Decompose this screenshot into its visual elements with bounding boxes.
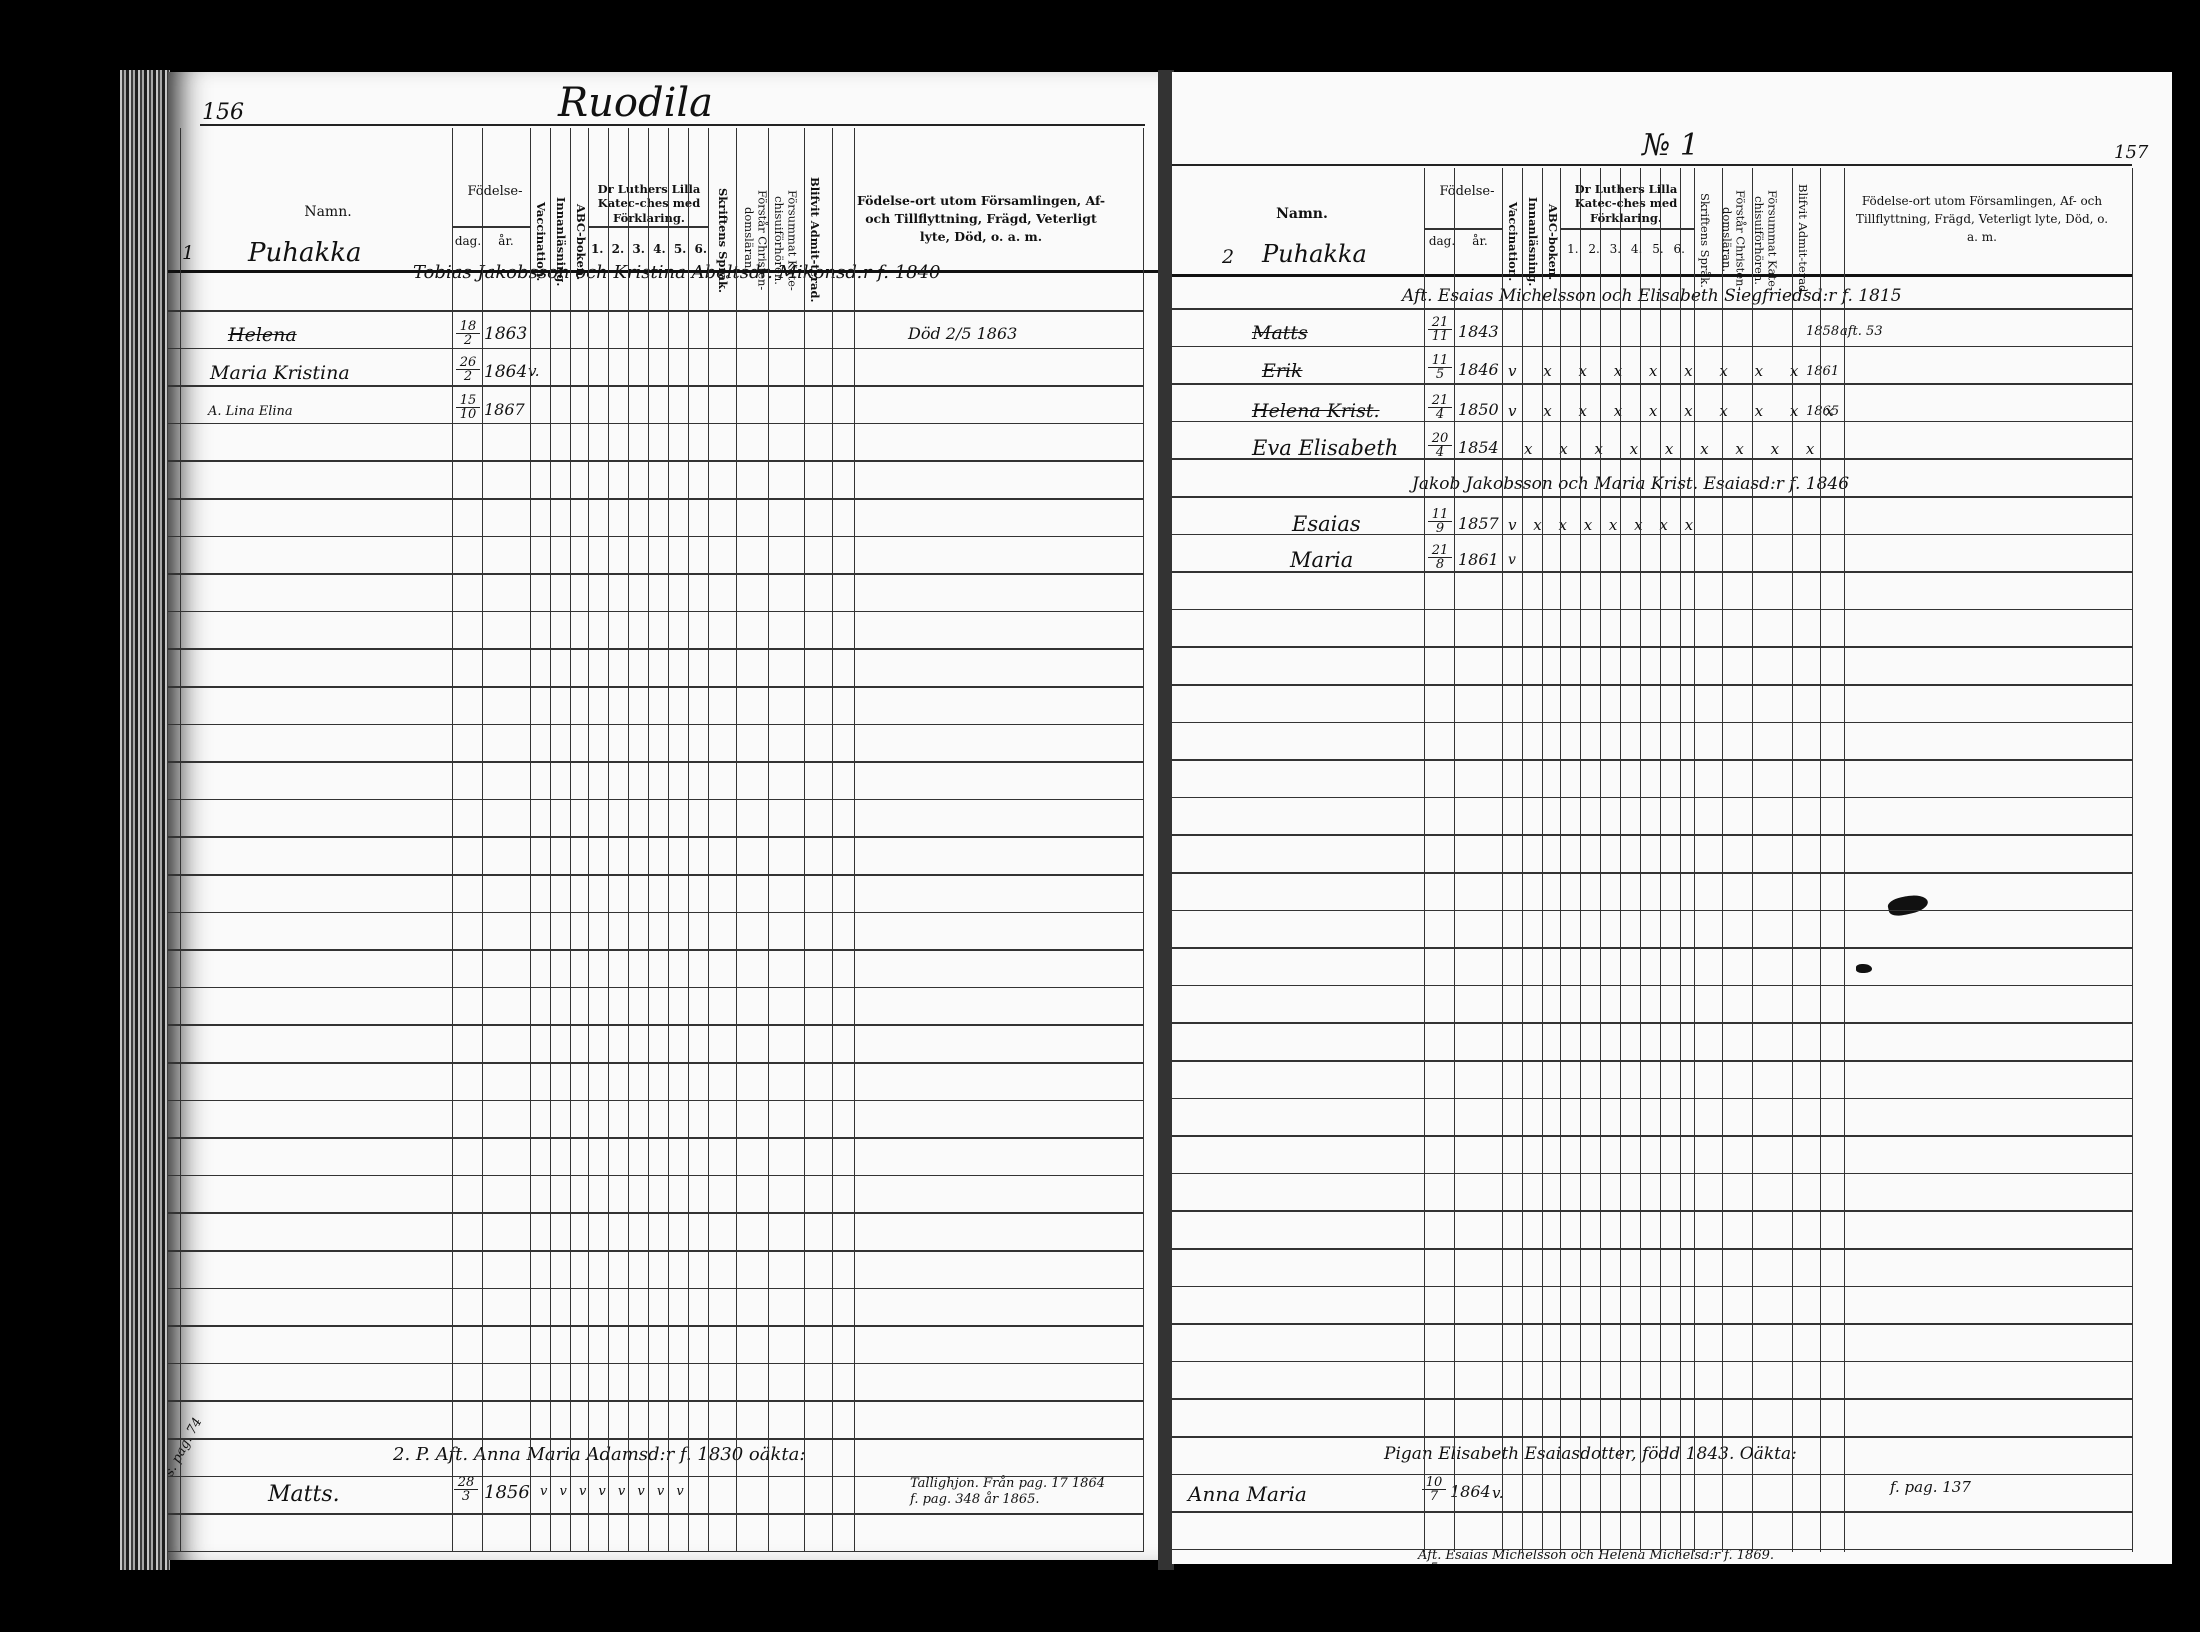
row-rule: [1172, 872, 2132, 874]
marks: v x x x x x x x x x: [1508, 402, 1845, 420]
birth-year: 1850: [1458, 400, 1499, 419]
row-rule: [1172, 1436, 2132, 1438]
column-rule: [1680, 168, 1681, 1552]
column-rule: [1424, 168, 1425, 1552]
row-rule: [168, 1062, 1143, 1064]
header-namn: Namn.: [228, 204, 428, 222]
parents-line: Aft. Esaias Michelsson och Elisabeth Sie…: [1402, 286, 1902, 306]
entry-name: Helena: [228, 324, 297, 346]
column-rule: [530, 128, 531, 1552]
row-rule: [168, 912, 1143, 914]
header-fodelse: Födelse-: [458, 184, 532, 200]
row-rule: [168, 799, 1143, 801]
household-number: 1: [182, 242, 194, 264]
row-rule: [1172, 571, 2132, 573]
row-rule: [1172, 458, 2132, 460]
column-rule: [1502, 168, 1503, 1552]
row-rule: [1172, 1323, 2132, 1325]
birth-date: 214: [1428, 394, 1452, 421]
birth-year: 1857: [1458, 514, 1499, 533]
header-skriftens-sprak: Skriftens Språk.: [1698, 176, 1711, 304]
header-ar: år.: [1460, 234, 1500, 249]
column-rule: [1752, 168, 1753, 1552]
header-subrule: [1560, 228, 1694, 230]
row-rule: [1172, 383, 2132, 385]
header-forstar: Förstår Christen-domsläran.: [742, 176, 768, 304]
column-rule: [570, 128, 571, 1552]
header-subrule: [1424, 228, 1502, 230]
ink-blot: [1856, 964, 1872, 973]
entry-name: Anna Maria: [1188, 1482, 1307, 1506]
row-rule: [1172, 646, 2132, 648]
birth-date: 2111: [1428, 316, 1452, 343]
family-name: Puhakka: [248, 238, 362, 268]
row-rule: [1172, 722, 2132, 724]
column-rule: [628, 128, 629, 1552]
header-skriftens-sprak: Skriftens Språk.: [716, 176, 729, 304]
row-rule: [168, 1363, 1143, 1365]
house-number: № 1: [1642, 128, 1699, 163]
row-rule: [1172, 1511, 2132, 1513]
row-rule: [168, 611, 1143, 613]
column-rule: [1792, 168, 1793, 1552]
column-rule: [832, 128, 833, 1552]
birth-date: 204: [1428, 432, 1452, 459]
header-ar: år.: [486, 234, 526, 249]
column-rule: [180, 128, 181, 1552]
column-rule: [668, 128, 669, 1552]
column-rule: [550, 128, 551, 1552]
header-kat-cols: 1. 2. 3. 4. 5. 6.: [1562, 242, 1690, 257]
row-rule: [1172, 947, 2132, 949]
column-rule: [1560, 168, 1561, 1552]
row-rule: [168, 385, 1143, 387]
row-rule: [168, 1212, 1143, 1214]
column-rule: [1722, 168, 1723, 1552]
birth-date: 182: [456, 320, 480, 347]
header-fodelse: Födelse-: [1430, 184, 1504, 200]
row-rule: [168, 648, 1143, 650]
margin-note: s. pag. 74: [168, 1415, 205, 1479]
birth-year: 1867: [484, 400, 525, 419]
row-rule: [168, 573, 1143, 575]
column-rule: [854, 128, 855, 1552]
header-fodelse-ort: Födelse-ort utom Församlingen, Af- och T…: [1852, 192, 2112, 246]
row-rule: [1172, 1098, 2132, 1100]
page-number: 157: [2114, 142, 2148, 163]
row-rule: [168, 1288, 1143, 1290]
column-rule: [708, 128, 709, 1552]
left-page: 156 Ruodila Namn. Födelse- dag. år. Vacc…: [168, 72, 1160, 1560]
column-rule: [1820, 168, 1821, 1552]
marks: v x x x x x x x x: [1508, 362, 1809, 380]
row-rule: [1172, 1060, 2132, 1062]
entry-note: f. pag. 137: [1890, 1478, 1971, 1496]
column-rule: [768, 128, 769, 1552]
birth-date: 262: [456, 356, 480, 383]
parents-line: Pigan Elisabeth Esaiasdotter, född 1843.…: [1384, 1444, 1797, 1464]
birth-year: 1864: [484, 362, 527, 382]
column-rule: [1454, 168, 1455, 1552]
entry-name: Helena Krist.: [1252, 400, 1380, 422]
row-rule: [1172, 1248, 2132, 1250]
column-rule: [1600, 168, 1601, 1552]
header-forstar: Förstår Christen-domsläran.: [1720, 176, 1746, 304]
column-rule: [1640, 168, 1641, 1552]
birth-date: 107: [1422, 1476, 1446, 1503]
column-rule: [1694, 168, 1695, 1552]
header-innanlasning: Innanläsning.: [554, 182, 567, 302]
row-rule: [1172, 1210, 2132, 1212]
header-fodelse-ort: Födelse-ort utom Församlingen, Af- och T…: [856, 192, 1106, 246]
parents-line: 2. P. Aft. Anna Maria Adamsd:r f. 1830 o…: [393, 1444, 805, 1465]
row-rule: [168, 761, 1143, 763]
header-namn: Namn.: [1202, 206, 1402, 224]
row-rule: [168, 874, 1143, 876]
header-blifvit: Blifvit Admit-terad.: [1796, 176, 1809, 304]
row-rule: [168, 836, 1143, 838]
row-rule: [1172, 1173, 2132, 1175]
row-rule: [168, 724, 1143, 726]
place-heading: Ruodila: [558, 80, 713, 126]
row-rule: [168, 1137, 1143, 1139]
header-vaccination: Vaccination.: [534, 182, 547, 302]
column-rule: [688, 128, 689, 1552]
row-rule: [168, 348, 1143, 350]
column-rule: [608, 128, 609, 1552]
row-rule: [1172, 759, 2132, 761]
column-rule: [1143, 128, 1144, 1552]
row-rule: [168, 987, 1143, 989]
row-rule: [1172, 1286, 2132, 1288]
row-rule: [1172, 834, 2132, 836]
header-dag: dag.: [1428, 234, 1456, 249]
row-rule: [168, 1024, 1143, 1026]
admitted-year: 1861: [1806, 364, 1839, 379]
row-rule: [168, 1476, 1143, 1478]
row-rule: [1172, 1135, 2132, 1137]
row-rule: [168, 1438, 1143, 1440]
row-rule: [168, 949, 1143, 951]
row-rule: [1172, 346, 2132, 348]
birth-date: 119: [1428, 508, 1452, 535]
column-rule: [804, 128, 805, 1552]
column-rule: [1542, 168, 1543, 1552]
row-rule: [1172, 534, 2132, 536]
row-rule: [1172, 1474, 2132, 1476]
entry-name: Matts: [1252, 322, 1308, 344]
admitted-year: 1865: [1806, 404, 1839, 419]
entry-name: Matts.: [268, 1482, 340, 1507]
row-rule: [1172, 496, 2132, 498]
column-rule: [452, 128, 453, 1552]
family-name: Puhakka: [1262, 240, 1367, 268]
birth-date: 115: [1428, 354, 1452, 381]
entry-name: Maria: [1290, 548, 1353, 572]
entry-name: Erik: [1262, 360, 1303, 382]
birth-year: 1864: [1450, 1482, 1491, 1501]
row-rule: [1172, 609, 2132, 611]
row-rule: [1172, 1549, 2132, 1551]
header-abc: ABC-boken.: [574, 182, 587, 302]
column-rule: [1620, 168, 1621, 1552]
header-forsummat: Försummat Kate-chisuiförhören.: [1752, 176, 1778, 304]
row-rule: [168, 1325, 1143, 1327]
marks: v: [1508, 552, 1516, 568]
row-rule: [1172, 684, 2132, 686]
row-rule: [168, 498, 1143, 500]
row-rule: [1172, 985, 2132, 987]
household-number: 2: [1222, 246, 1234, 268]
parents-line: Jakob Jakobsson och Maria Krist. Esaiasd…: [1412, 474, 1849, 494]
parents-line: Tobias Jakobsson och Kristina Abeltsdr. …: [413, 262, 941, 283]
entry-note: Tallighjon. Från pag. 17 1864 f. pag. 34…: [910, 1476, 1110, 1508]
top-rule: [200, 124, 1145, 126]
row-rule: [168, 1175, 1143, 1177]
book-edge: [120, 70, 170, 1570]
row-rule: [1172, 421, 2132, 423]
birth-date: 1510: [456, 394, 480, 421]
column-rule: [648, 128, 649, 1552]
column-rule: [588, 128, 589, 1552]
birth-year: 1846: [1458, 360, 1499, 379]
column-rule: [1522, 168, 1523, 1552]
header-katechesis: Dr Luthers Lilla Katec-ches med Förklari…: [1562, 182, 1690, 225]
header-forsummat: Försummat Kate-chisuiförhören.: [772, 176, 798, 304]
row-rule: [168, 1250, 1143, 1252]
row-rule: [1172, 1022, 2132, 1024]
marks: v x x x x x x x: [1508, 516, 1699, 534]
page-number: 156: [202, 100, 244, 125]
row-rule: [168, 460, 1143, 462]
birth-year: 1843: [1458, 322, 1499, 341]
column-rule: [2132, 168, 2133, 1552]
row-rule: [168, 1513, 1143, 1515]
ink-blot: [1887, 892, 1930, 918]
marks: x x x x x x x x x: [1524, 440, 1825, 458]
row-rule: [1172, 308, 2132, 310]
row-rule: [168, 686, 1143, 688]
column-rule: [1844, 168, 1845, 1552]
row-rule: [1172, 910, 2132, 912]
top-rule: [1172, 164, 2132, 166]
admitted-year: 1858: [1806, 324, 1839, 339]
column-rule: [1580, 168, 1581, 1552]
row-rule: [1172, 797, 2132, 799]
header-rule: [1172, 274, 2132, 277]
row-rule: [168, 310, 1143, 312]
birth-date: 511: [1422, 1562, 1446, 1564]
column-rule: [1660, 168, 1661, 1552]
entry-note: aft. 53: [1840, 324, 1883, 339]
entry-name: A. Lina Elina: [208, 404, 293, 419]
entry-name: Maria Kristina: [210, 362, 350, 384]
row-rule: [1172, 1398, 2132, 1400]
birth-date: 283: [454, 1476, 478, 1503]
row-rule: [168, 536, 1143, 538]
row-rule: [1172, 1361, 2132, 1363]
header-blifvit: Blifvit Admit-terad.: [808, 176, 821, 304]
birth-year: 1861: [1458, 550, 1499, 569]
header-dag: dag.: [454, 234, 482, 249]
entry-name: Eva Elisabeth: [1252, 436, 1398, 460]
column-rule: [482, 128, 483, 1552]
entry-note: Död 2/5 1863: [908, 324, 1017, 343]
header-subrule: [588, 226, 708, 228]
column-rule: [736, 128, 737, 1552]
birth-year: 1863: [484, 324, 527, 344]
header-subrule: [452, 226, 530, 228]
row-rule: [168, 1400, 1143, 1402]
birth-year: 1854: [1458, 438, 1499, 457]
entry-name: Esaias: [1292, 512, 1361, 536]
right-page: № 1 157 Namn. Födelse- dag. år. Vaccinat…: [1172, 72, 2172, 1564]
marks: v v v v v v v v: [540, 1484, 688, 1499]
birth-year: 1856: [484, 1482, 530, 1503]
row-rule: [168, 1100, 1143, 1102]
row-rule: [168, 423, 1143, 425]
birth-date: 218: [1428, 544, 1452, 571]
row-rule: [168, 1551, 1143, 1553]
